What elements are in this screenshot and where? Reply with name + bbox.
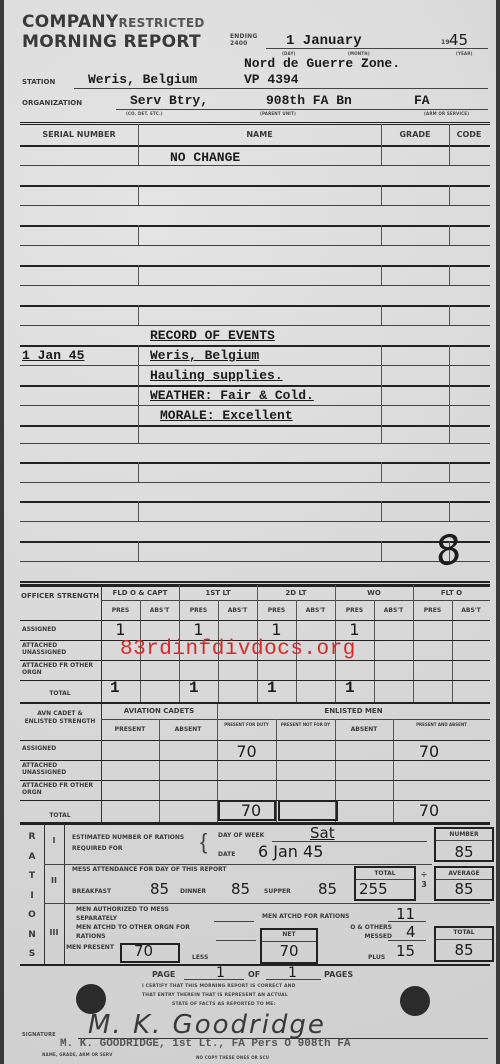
plus-value: 15 bbox=[396, 942, 415, 960]
of-label: OF bbox=[248, 970, 260, 979]
divider bbox=[20, 124, 490, 125]
group-enlisted-men: ENLISTED MEN bbox=[217, 707, 490, 715]
rations-number-value: 85 bbox=[434, 843, 494, 861]
group-flt-o: FLT O bbox=[413, 589, 490, 597]
subcol-pres: PRES bbox=[101, 607, 140, 614]
morning-report-card: COMPANYRESTRICTED MORNING REPORT ENDING … bbox=[4, 0, 496, 1064]
event-date: 1 Jan 45 bbox=[22, 348, 84, 363]
subcol-abst: ABS'T bbox=[218, 607, 257, 614]
breakfast-value: 85 bbox=[150, 880, 169, 898]
officer-total-fld-pres: 1 bbox=[110, 679, 120, 697]
officer-assigned-2dlt-pres: 1 bbox=[257, 620, 296, 639]
record-of-events-heading: RECORD OF EVENTS bbox=[150, 328, 275, 343]
col-grade: GRADE bbox=[381, 130, 449, 139]
org-parent: 908th FA Bn bbox=[266, 93, 352, 108]
total-present-not-for-dy-box bbox=[278, 800, 338, 821]
divider bbox=[20, 122, 490, 123]
group-1st-lt: 1ST LT bbox=[179, 589, 257, 597]
average-label: AVERAGE bbox=[434, 870, 494, 877]
form-title-morning-report: MORNING REPORT bbox=[22, 32, 201, 52]
page-value: 1 bbox=[216, 965, 225, 981]
col-present-for-duty: PRESENT FOR DUTY bbox=[217, 722, 276, 728]
ration-date-value: 6 Jan 45 bbox=[258, 842, 323, 861]
report-year: 45 bbox=[449, 31, 468, 49]
subcol-abst: ABS'T bbox=[296, 607, 335, 614]
supper-value: 85 bbox=[318, 880, 337, 898]
brace-icon: { bbox=[200, 829, 207, 855]
col-present-not-for-dy: PRESENT NOT FOR DY bbox=[276, 722, 335, 728]
mess-total-value: 255 bbox=[359, 880, 388, 898]
event-line-location: Weris, Belgium bbox=[150, 348, 259, 363]
subcol-pres: PRES bbox=[257, 607, 296, 614]
station-value: Weris, Belgium bbox=[88, 72, 197, 87]
org-underline bbox=[116, 109, 488, 110]
em-row-label-total: TOTAL bbox=[20, 812, 100, 819]
officer-strength-title: OFFICER STRENGTH bbox=[20, 592, 100, 600]
officer-total-wo-pres: 1 bbox=[345, 679, 355, 697]
copy-note: NO COPY THESE ONES OR SCU bbox=[196, 1055, 269, 1060]
year-caption: (YEAR) bbox=[456, 51, 473, 56]
men-present-label: MEN PRESENT bbox=[66, 944, 114, 952]
supper-label: SUPPER bbox=[264, 888, 291, 895]
event-line-activity: Hauling supplies. bbox=[150, 368, 283, 383]
day-of-week-value: Sat bbox=[310, 824, 335, 842]
officer-assigned-wo-pres: 1 bbox=[335, 620, 374, 639]
row-label-total: TOTAL bbox=[20, 690, 100, 697]
row-label-attached-unassigned: ATTACHED UNASSIGNED bbox=[22, 642, 98, 656]
em-row-label-attached-unassigned: ATTACHED UNASSIGNED bbox=[22, 762, 98, 776]
mess-total-label: TOTAL bbox=[354, 870, 416, 877]
officer-total-2dlt-pres: 1 bbox=[267, 679, 277, 697]
subcol-pres: PRES bbox=[413, 607, 452, 614]
subcol-abst: ABS'T bbox=[452, 607, 490, 614]
station-extra: Nord de Guerre Zone. bbox=[244, 56, 400, 71]
men-atchd-other-label: MEN ATCHD TO OTHER ORGN FOR RATIONS bbox=[76, 923, 216, 941]
row-label-attached-fr-other: ATTACHED FR OTHER ORGN bbox=[22, 662, 98, 676]
station-grid: VP 4394 bbox=[244, 72, 299, 87]
number-label: NUMBER bbox=[434, 831, 494, 838]
men-authorized-label: MEN AUTHORIZED TO MESS SEPARATELY bbox=[76, 905, 186, 923]
rations-side-label: RATIONS bbox=[20, 828, 44, 965]
breakfast-label: BREAKFAST bbox=[72, 888, 111, 895]
officer-assigned-1stlt-pres: 1 bbox=[179, 620, 218, 639]
others-messed-label: O & OTHERS MESSED bbox=[344, 923, 392, 941]
divide-symbol: ÷ 3 bbox=[418, 870, 430, 890]
org-arm-caption: (ARM OR SERVICE) bbox=[424, 111, 469, 116]
em-row-label-assigned: ASSIGNED bbox=[22, 745, 56, 752]
officer-assigned-fld-pres: 1 bbox=[101, 620, 140, 639]
station-label: STATION bbox=[22, 78, 55, 86]
org-unit: Serv Btry, bbox=[130, 93, 208, 108]
org-unit-caption: (CO. DET. ETC.) bbox=[126, 111, 163, 116]
group-2d-lt: 2D LT bbox=[257, 589, 335, 597]
group-aviation-cadets: AVIATION CADETS bbox=[101, 707, 217, 715]
rations-required-label: ESTIMATED NUMBER OF RATIONS REQUIRED FOR bbox=[72, 832, 202, 854]
em-assigned-present-for-duty: 70 bbox=[217, 742, 276, 761]
form-title-company: COMPANYRESTRICTED bbox=[22, 12, 205, 32]
section-iii-numeral: III bbox=[44, 928, 64, 937]
handwritten-mark: 8 bbox=[431, 526, 465, 576]
em-total-present-for-duty: 70 bbox=[226, 801, 276, 820]
date-label: DATE bbox=[218, 851, 235, 858]
em-row-label-attached-fr-other: ATTACHED FR OTHER ORGN bbox=[22, 782, 98, 796]
section-ii-numeral: II bbox=[44, 876, 64, 885]
mess-attendance-label: MESS ATTENDANCE FOR DAY OF THIS REPORT bbox=[72, 866, 227, 873]
ending-label: ENDING 2400 bbox=[230, 33, 258, 47]
dinner-value: 85 bbox=[231, 880, 250, 898]
org-parent-caption: (PARENT UNIT) bbox=[260, 111, 296, 116]
subcol-abst: ABS'T bbox=[140, 607, 179, 614]
less-label: LESS bbox=[192, 954, 208, 961]
watermark-link[interactable]: 83rdinfdivdocs.org bbox=[120, 638, 356, 661]
rations-total-value: 85 bbox=[434, 941, 494, 959]
col-name: NAME bbox=[138, 130, 381, 139]
em-total-present-and-absent: 70 bbox=[393, 801, 465, 820]
net-value: 70 bbox=[260, 942, 318, 960]
plus-label: PLUS bbox=[368, 954, 385, 961]
event-line-morale: MORALE: Excellent bbox=[160, 408, 293, 423]
men-atchd-for-rations-value: 11 bbox=[396, 905, 415, 923]
subcol-abst: ABS'T bbox=[374, 607, 413, 614]
dinner-label: DINNER bbox=[180, 888, 206, 895]
organization-label: ORGANIZATION bbox=[22, 99, 82, 107]
col-code: CODE bbox=[449, 130, 489, 139]
others-messed-value: 4 bbox=[406, 923, 416, 941]
enlisted-strength-title: AVN CADET & ENLISTED STRENGTH bbox=[20, 710, 100, 726]
report-date: 1 January bbox=[286, 33, 362, 49]
em-assigned-present-and-absent: 70 bbox=[393, 742, 465, 761]
page-label: PAGE bbox=[152, 970, 175, 979]
certify-line-3: STATE OF FACTS AS REPORTED TO ME: bbox=[172, 1002, 276, 1007]
officer-total-1stlt-pres: 1 bbox=[189, 679, 199, 697]
signer-typed-name: M. K. GOODRIDGE, 1st Lt., FA Pers O 908t… bbox=[60, 1038, 350, 1050]
group-wo: WO bbox=[335, 589, 413, 597]
certify-line-1: I CERTIFY THAT THIS MORNING REPORT IS CO… bbox=[142, 984, 296, 989]
roster-entry-name: NO CHANGE bbox=[170, 150, 240, 165]
col-avn-absent: ABSENT bbox=[159, 726, 217, 733]
col-em-absent: ABSENT bbox=[335, 726, 393, 733]
certify-line-2: THAT ENTRY THEREIN THAT IS REPRESENT AN … bbox=[142, 993, 288, 998]
section-i-numeral: I bbox=[44, 836, 64, 845]
signature-label: SIGNATURE bbox=[22, 1032, 56, 1038]
punch-hole-right bbox=[400, 986, 430, 1016]
rations-total-label: TOTAL bbox=[434, 929, 494, 936]
station-underline bbox=[74, 88, 488, 89]
group-fld-o-capt: FLD O & CAPT bbox=[101, 589, 179, 597]
subcol-pres: PRES bbox=[335, 607, 374, 614]
col-avn-present: PRESENT bbox=[101, 726, 159, 733]
row-label-assigned: ASSIGNED bbox=[22, 626, 56, 633]
col-present-and-absent: PRESENT AND ABSENT bbox=[393, 722, 490, 728]
men-present-value: 70 bbox=[134, 942, 153, 960]
net-label: NET bbox=[260, 931, 318, 938]
day-of-week-label: DAY OF WEEK bbox=[218, 832, 264, 839]
org-arm: FA bbox=[414, 93, 430, 108]
col-serial-number: SERIAL NUMBER bbox=[20, 130, 138, 139]
average-value: 85 bbox=[434, 880, 494, 898]
pages-label: PAGES bbox=[324, 970, 353, 979]
men-atchd-for-rations-label: MEN ATCHD FOR RATIONS bbox=[262, 913, 349, 920]
event-line-weather: WEATHER: Fair & Cold. bbox=[150, 388, 314, 403]
signer-caption: NAME, GRADE, ARM OR SERV bbox=[42, 1052, 113, 1057]
pages-value: 1 bbox=[288, 965, 297, 981]
restricted-stamp: RESTRICTED bbox=[119, 16, 205, 30]
subcol-pres: PRES bbox=[179, 607, 218, 614]
handwritten-signature: M. K. Goodridge bbox=[88, 1010, 326, 1040]
